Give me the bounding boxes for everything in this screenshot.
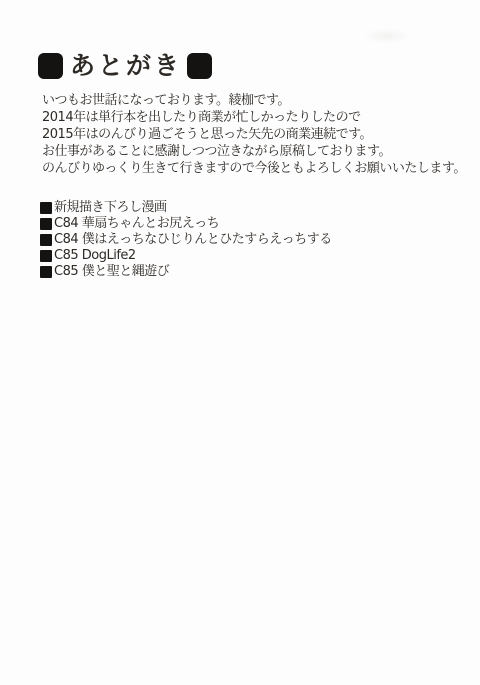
bullet-square-icon [40, 202, 52, 214]
works-list: 新規描き下ろし漫画 C84 華扇ちゃんとお尻えっち C84 僕はえっちなひじりん… [40, 200, 440, 280]
bullet-square-icon [40, 266, 52, 278]
list-item: C84 華扇ちゃんとお尻えっち [40, 216, 440, 232]
work-item-label: C84 華扇ちゃんとお尻えっち [54, 216, 219, 232]
title-left-block-icon [38, 53, 63, 79]
paragraph-line: いつもお世話になっております。綾枷です。 [42, 92, 462, 109]
afterword-paragraph: いつもお世話になっております。綾枷です。 2014年は単行本を出したり商業が忙し… [42, 92, 462, 177]
paragraph-line: のんびりゆっくり生きて行きますので今後ともよろしくお願いいたします。 [42, 160, 462, 177]
paragraph-line: 2014年は単行本を出したり商業が忙しかったりしたので [42, 109, 462, 126]
bullet-square-icon [40, 250, 52, 262]
bullet-square-icon [40, 218, 52, 230]
list-item: C84 僕はえっちなひじりんとひたすらえっちする [40, 232, 440, 248]
work-item-label: C85 僕と聖と縄遊び [54, 264, 169, 280]
paragraph-line: 2015年はのんびり過ごそうと思った矢先の商業連続です。 [42, 126, 462, 143]
list-item: 新規描き下ろし漫画 [40, 200, 440, 216]
bullet-square-icon [40, 234, 52, 246]
afterword-page: あとがき いつもお世話になっております。綾枷です。 2014年は単行本を出したり… [0, 0, 480, 685]
list-item: C85 DogLife2 [40, 248, 440, 264]
work-item-label: 新規描き下ろし漫画 [54, 200, 167, 216]
work-item-label: C84 僕はえっちなひじりんとひたすらえっちする [54, 232, 332, 248]
list-item: C85 僕と聖と縄遊び [40, 264, 440, 280]
paragraph-line: お仕事があることに感謝しつつ泣きながら原稿しております。 [42, 143, 462, 160]
page-title: あとがき [70, 52, 182, 79]
title-right-block-icon [187, 53, 212, 79]
scan-smudge [364, 28, 410, 44]
work-item-label: C85 DogLife2 [54, 248, 136, 264]
afterword-title-row: あとがき [38, 52, 212, 79]
